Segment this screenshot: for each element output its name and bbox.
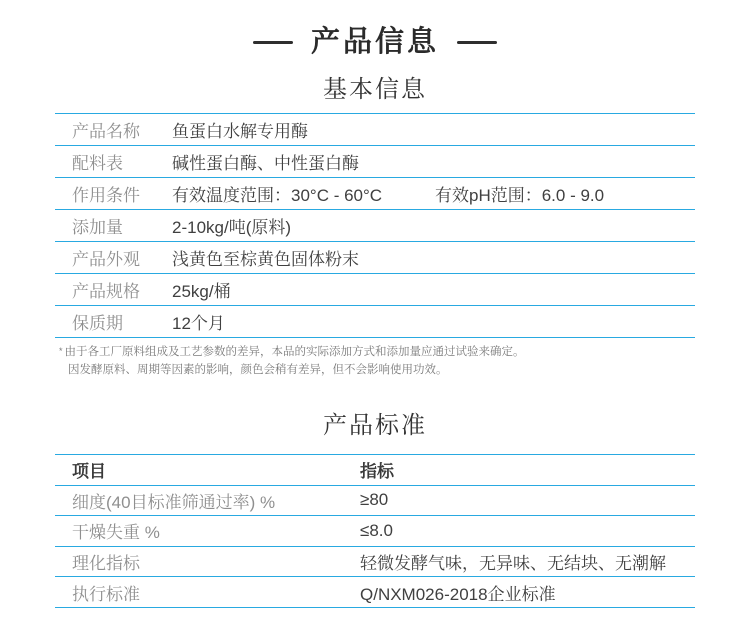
footnote-line-2: 因发酵原料、周期等因素的影响，颜色会稍有差异，但不会影响使用功效。 bbox=[59, 362, 691, 380]
row-label: 产品名称 bbox=[72, 117, 172, 142]
table-row-shelf-life: 保质期 12个月 bbox=[55, 306, 695, 338]
table-row-ingredients: 配料表 碱性蛋白酶、中性蛋白酶 bbox=[55, 146, 695, 178]
row-label: 干燥失重 % bbox=[72, 518, 360, 543]
table-row-conditions: 作用条件 有效温度范围：30°C - 60°C有效pH范围：6.0 - 9.0 bbox=[55, 178, 695, 210]
row-value: 有效温度范围：30°C - 60°C有效pH范围：6.0 - 9.0 bbox=[172, 181, 604, 206]
column-header-spec: 指标 bbox=[360, 457, 394, 482]
table-row-product-name: 产品名称 鱼蛋白水解专用酶 bbox=[55, 114, 695, 146]
row-label: 执行标准 bbox=[72, 580, 360, 605]
row-value: 鱼蛋白水解专用酶 bbox=[172, 117, 308, 142]
row-value: 浅黄色至棕黄色固体粉末 bbox=[172, 245, 359, 270]
table-row-spec: 产品规格 25kg/桶 bbox=[55, 274, 695, 306]
ph-range: 有效pH范围：6.0 - 9.0 bbox=[435, 186, 604, 205]
page-title-block: 产品信息 bbox=[0, 0, 750, 60]
row-value: ≥80 bbox=[360, 490, 388, 510]
row-label: 理化指标 bbox=[72, 549, 360, 574]
row-label: 作用条件 bbox=[72, 181, 172, 206]
table-row-dosage: 添加量 2-10kg/吨(原料) bbox=[55, 210, 695, 242]
footnote: *由于各工厂原料组成及工艺参数的差异，本品的实际添加方式和添加量应通过试验来确定… bbox=[59, 344, 691, 379]
table-row-physicochemical: 理化指标 轻微发酵气味，无异味、无结块、无潮解 bbox=[55, 547, 695, 578]
section-title-basic-info: 基本信息 bbox=[0, 76, 750, 104]
row-label: 保质期 bbox=[72, 309, 172, 334]
asterisk-marker: * bbox=[59, 346, 63, 356]
table-row-fineness: 细度(40目标准筛通过率) % ≥80 bbox=[55, 486, 695, 517]
row-label: 细度(40目标准筛通过率) % bbox=[72, 488, 360, 513]
product-standard-table: 项目 指标 细度(40目标准筛通过率) % ≥80 干燥失重 % ≤8.0 理化… bbox=[55, 454, 695, 608]
footnote-line-1: *由于各工厂原料组成及工艺参数的差异，本品的实际添加方式和添加量应通过试验来确定… bbox=[59, 344, 691, 362]
row-label: 产品规格 bbox=[72, 277, 172, 302]
row-value: Q/NXM026-2018企业标准 bbox=[360, 580, 556, 605]
column-header-item: 项目 bbox=[72, 457, 360, 482]
row-value: 2-10kg/吨(原料) bbox=[172, 213, 291, 238]
page-title: 产品信息 bbox=[311, 28, 439, 57]
table-row-execution-standard: 执行标准 Q/NXM026-2018企业标准 bbox=[55, 577, 695, 608]
title-right-dash bbox=[457, 41, 497, 44]
row-value: 碱性蛋白酶、中性蛋白酶 bbox=[172, 149, 359, 174]
row-label: 配料表 bbox=[72, 149, 172, 174]
row-value: 轻微发酵气味，无异味、无结块、无潮解 bbox=[360, 549, 666, 574]
row-value: 25kg/桶 bbox=[172, 277, 231, 302]
basic-info-table: 产品名称 鱼蛋白水解专用酶 配料表 碱性蛋白酶、中性蛋白酶 作用条件 有效温度范… bbox=[55, 113, 695, 338]
row-value: ≤8.0 bbox=[360, 521, 393, 541]
table-row-drying-loss: 干燥失重 % ≤8.0 bbox=[55, 516, 695, 547]
row-value: 12个月 bbox=[172, 309, 225, 334]
standards-header-row: 项目 指标 bbox=[55, 455, 695, 486]
section-title-product-standard: 产品标准 bbox=[0, 412, 750, 440]
row-label: 添加量 bbox=[72, 213, 172, 238]
footnote-text-1: 由于各工厂原料组成及工艺参数的差异，本品的实际添加方式和添加量应通过试验来确定。 bbox=[65, 346, 525, 358]
table-row-appearance: 产品外观 浅黄色至棕黄色固体粉末 bbox=[55, 242, 695, 274]
row-label: 产品外观 bbox=[72, 245, 172, 270]
title-left-dash bbox=[253, 41, 293, 44]
temperature-range: 有效温度范围：30°C - 60°C bbox=[172, 181, 435, 206]
